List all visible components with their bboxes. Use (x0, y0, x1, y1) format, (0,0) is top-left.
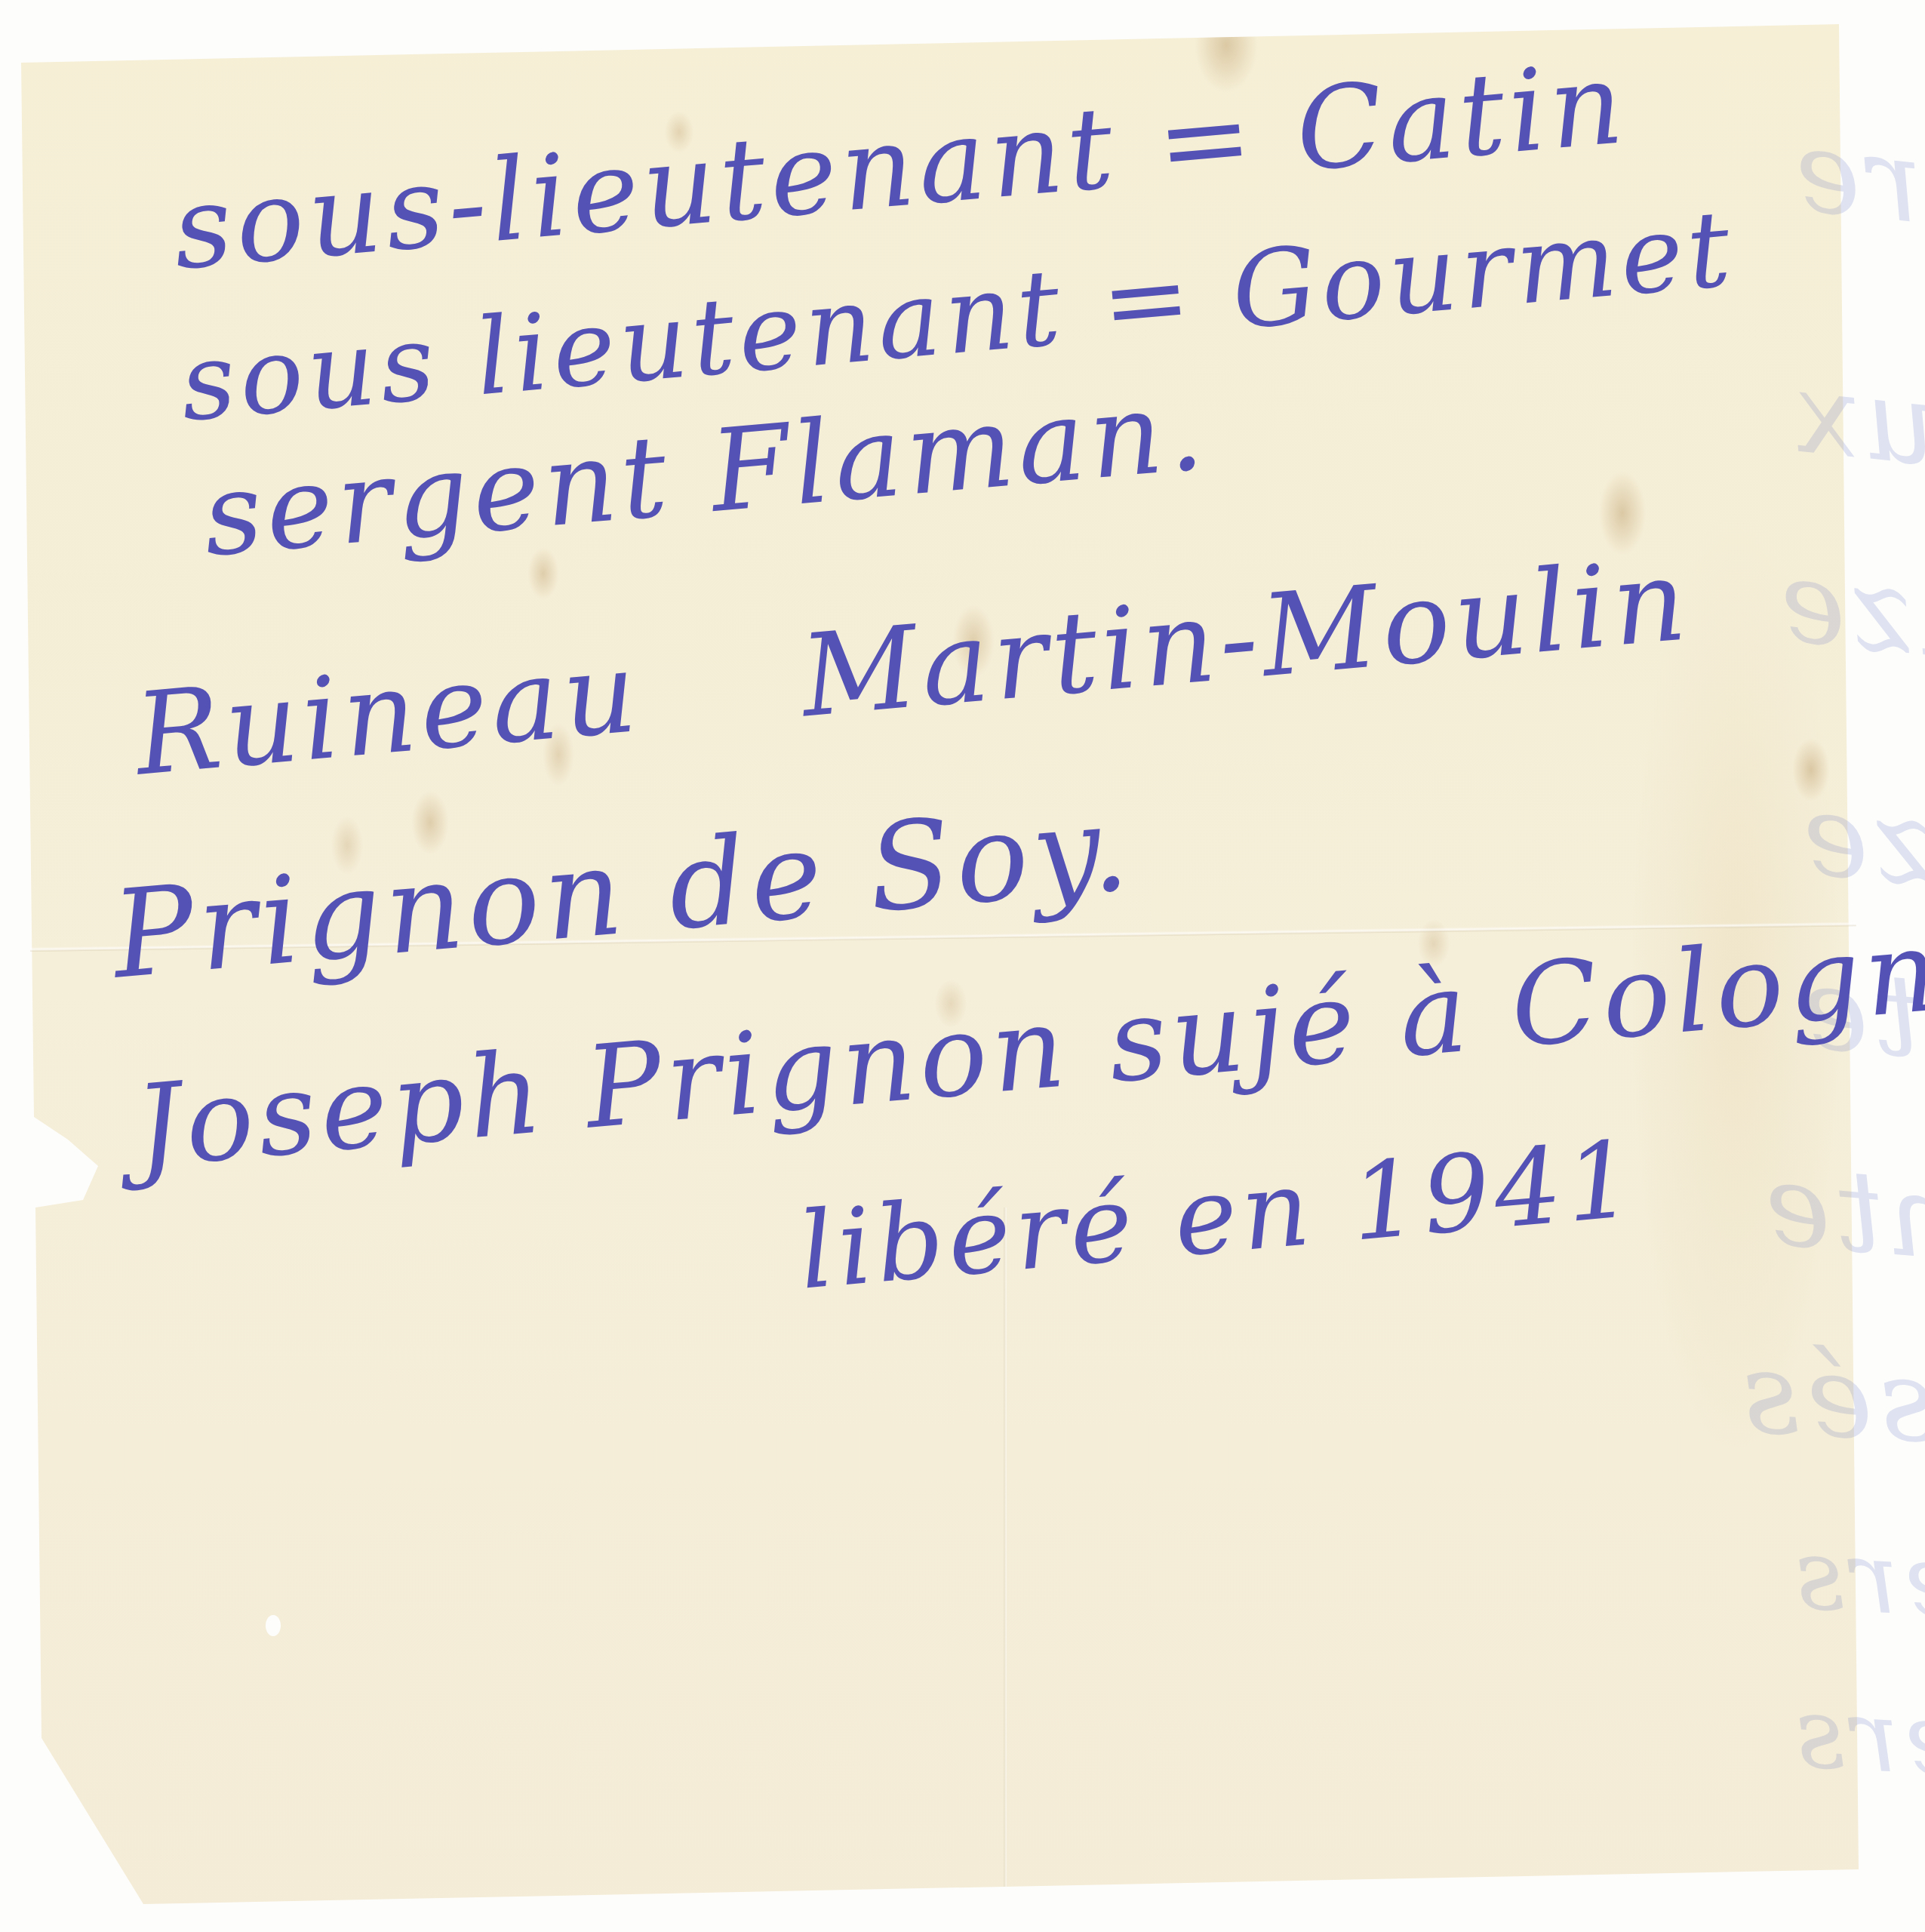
fold-crease-vertical (1004, 1207, 1007, 1887)
scanned-page: Prière Deux Quinze 36 lettres Quatorze C… (0, 0, 1925, 1932)
paper-hole (266, 1615, 281, 1636)
